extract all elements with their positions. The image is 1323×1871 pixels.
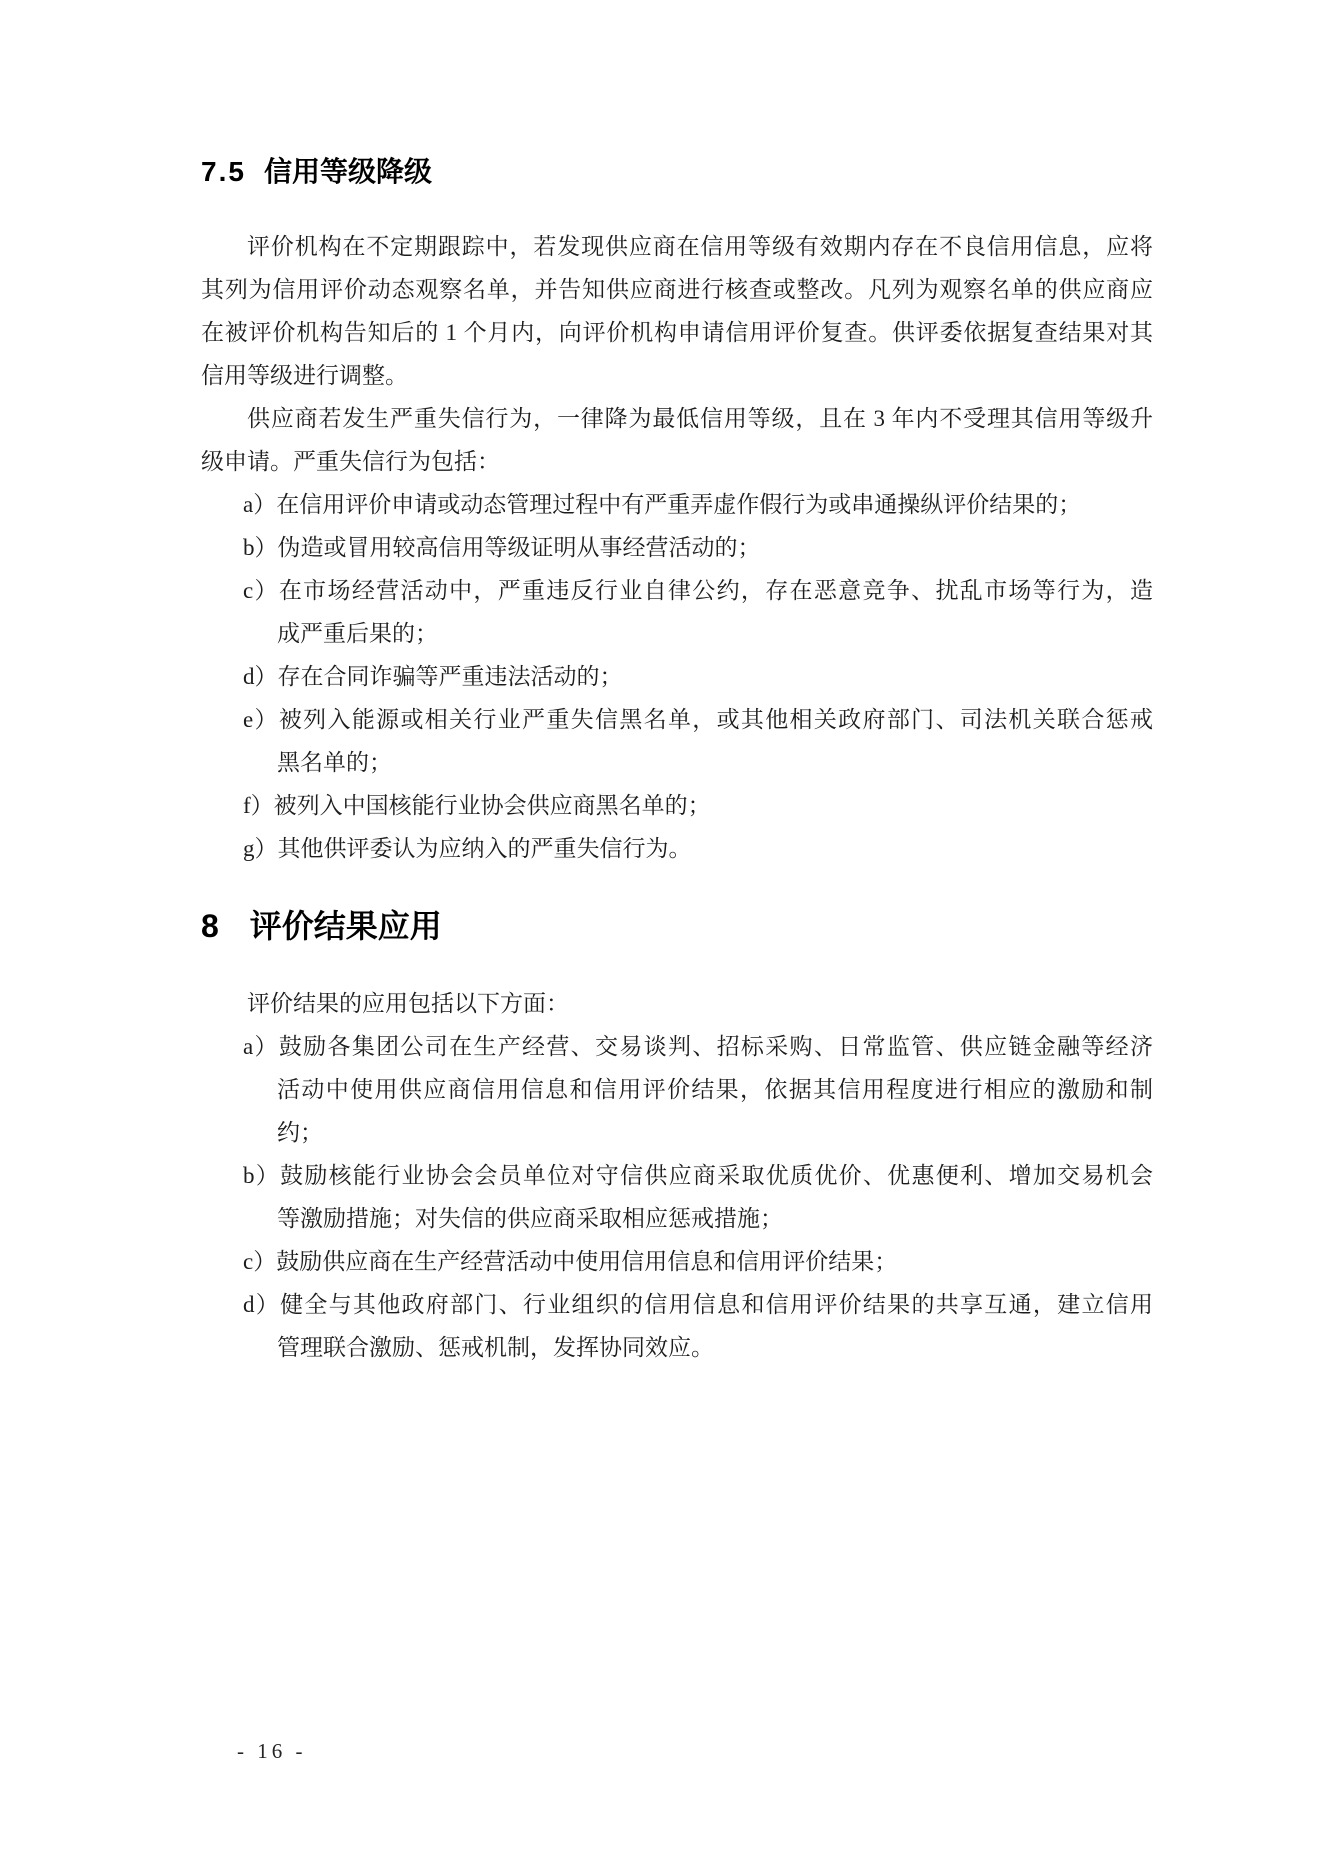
- list-item: a）鼓励各集团公司在生产经营、交易谈判、招标采购、日常监管、供应链金融等经济活动…: [201, 1025, 1153, 1154]
- list-item: d）健全与其他政府部门、行业组织的信用信息和信用评价结果的共享互通，建立信用管理…: [201, 1283, 1153, 1369]
- list-item-label: f）: [243, 793, 274, 818]
- text-line: d）健全与其他政府部门、行业组织的信用信息和信用评价结果的共享互通，建立信用: [201, 1283, 1153, 1326]
- text-line: e）被列入能源或相关行业严重失信黑名单，或其他相关政府部门、司法机关联合惩戒: [201, 698, 1153, 741]
- text-line: f）被列入中国核能行业协会供应商黑名单的；: [201, 784, 1153, 827]
- text-line: 供应商若发生严重失信行为，一律降为最低信用等级，且在 3 年内不受理其信用等级升: [201, 397, 1153, 440]
- text-line: 管理联合激励、惩戒机制，发挥协同效应。: [201, 1326, 1153, 1369]
- section-heading-8: 8评价结果应用: [201, 906, 1153, 946]
- text-line: b）鼓励核能行业协会会员单位对守信供应商采取优质优价、优惠便利、增加交易机会: [201, 1154, 1153, 1197]
- list-item: f）被列入中国核能行业协会供应商黑名单的；: [201, 784, 1153, 827]
- text-line: 信用等级进行调整。: [201, 354, 1153, 397]
- paragraph: 评价机构在不定期跟踪中，若发现供应商在信用等级有效期内存在不良信用信息，应将其列…: [201, 225, 1153, 397]
- text-line: a）鼓励各集团公司在生产经营、交易谈判、招标采购、日常监管、供应链金融等经济: [201, 1025, 1153, 1068]
- list-item: g）其他供评委认为应纳入的严重失信行为。: [201, 827, 1153, 870]
- list-item-label: c）: [243, 1249, 276, 1274]
- heading-number: 7.5: [201, 156, 246, 188]
- list-item: e）被列入能源或相关行业严重失信黑名单，或其他相关政府部门、司法机关联合惩戒黑名…: [201, 698, 1153, 784]
- text-line: c）在市场经营活动中，严重违反行业自律公约，存在恶意竞争、扰乱市场等行为，造: [201, 569, 1153, 612]
- text-line: c）鼓励供应商在生产经营活动中使用信用信息和信用评价结果；: [201, 1240, 1153, 1283]
- text-line: g）其他供评委认为应纳入的严重失信行为。: [201, 827, 1153, 870]
- text-line: 评价机构在不定期跟踪中，若发现供应商在信用等级有效期内存在不良信用信息，应将: [201, 225, 1153, 268]
- list-item-label: d）: [243, 664, 278, 689]
- text-line: b）伪造或冒用较高信用等级证明从事经营活动的；: [201, 526, 1153, 569]
- list-item-label: a）: [243, 1034, 279, 1059]
- page-footer: - 16 -: [200, 1712, 307, 1790]
- text-line: 活动中使用供应商信用信息和信用评价结果，依据其信用程度进行相应的激励和制: [201, 1068, 1153, 1111]
- list-item-label: e）: [243, 707, 279, 732]
- text-line: 成严重后果的；: [201, 612, 1153, 655]
- section-heading-7-5: 7.5信用等级降级: [201, 156, 1153, 188]
- paragraph: 供应商若发生严重失信行为，一律降为最低信用等级，且在 3 年内不受理其信用等级升…: [201, 397, 1153, 483]
- heading-title: 评价结果应用: [250, 908, 442, 944]
- list-item-label: b）: [243, 535, 278, 560]
- text-line: d）存在合同诈骗等严重违法活动的；: [201, 655, 1153, 698]
- document-body: 7.5信用等级降级评价机构在不定期跟踪中，若发现供应商在信用等级有效期内存在不良…: [201, 0, 1153, 1369]
- ordered-list: a）在信用评价申请或动态管理过程中有严重弄虚作假行为或串通操纵评价结果的；b）伪…: [201, 483, 1153, 870]
- list-item: a）在信用评价申请或动态管理过程中有严重弄虚作假行为或串通操纵评价结果的；: [201, 483, 1153, 526]
- list-item-label: g）: [243, 836, 278, 861]
- heading-title: 信用等级降级: [264, 156, 432, 187]
- list-item-label: b）: [243, 1163, 280, 1188]
- text-line: 等激励措施；对失信的供应商采取相应惩戒措施；: [201, 1197, 1153, 1240]
- heading-number: 8: [201, 906, 219, 946]
- text-line: 约；: [201, 1111, 1153, 1154]
- text-line: 黑名单的；: [201, 741, 1153, 784]
- text-line: 其列为信用评价动态观察名单，并告知供应商进行核查或整改。凡列为观察名单的供应商应: [201, 268, 1153, 311]
- list-item-label: d）: [243, 1292, 280, 1317]
- text-line: 级申请。严重失信行为包括：: [201, 440, 1153, 483]
- ordered-list: a）鼓励各集团公司在生产经营、交易谈判、招标采购、日常监管、供应链金融等经济活动…: [201, 1025, 1153, 1369]
- list-item: c）在市场经营活动中，严重违反行业自律公约，存在恶意竞争、扰乱市场等行为，造成严…: [201, 569, 1153, 655]
- list-item: d）存在合同诈骗等严重违法活动的；: [201, 655, 1153, 698]
- list-item: b）伪造或冒用较高信用等级证明从事经营活动的；: [201, 526, 1153, 569]
- list-item-label: c）: [243, 578, 279, 603]
- list-item: b）鼓励核能行业协会会员单位对守信供应商采取优质优价、优惠便利、增加交易机会等激…: [201, 1154, 1153, 1240]
- document-page: 7.5信用等级降级评价机构在不定期跟踪中，若发现供应商在信用等级有效期内存在不良…: [0, 0, 1323, 1871]
- text-line: 评价结果的应用包括以下方面：: [201, 982, 1153, 1025]
- list-item: c）鼓励供应商在生产经营活动中使用信用信息和信用评价结果；: [201, 1240, 1153, 1283]
- text-line: 在被评价机构告知后的 1 个月内，向评价机构申请信用评价复查。供评委依据复查结果…: [201, 311, 1153, 354]
- paragraph: 评价结果的应用包括以下方面：: [201, 982, 1153, 1025]
- page-number: - 16 -: [237, 1739, 307, 1763]
- list-item-label: a）: [243, 492, 276, 517]
- text-line: a）在信用评价申请或动态管理过程中有严重弄虚作假行为或串通操纵评价结果的；: [201, 483, 1153, 526]
